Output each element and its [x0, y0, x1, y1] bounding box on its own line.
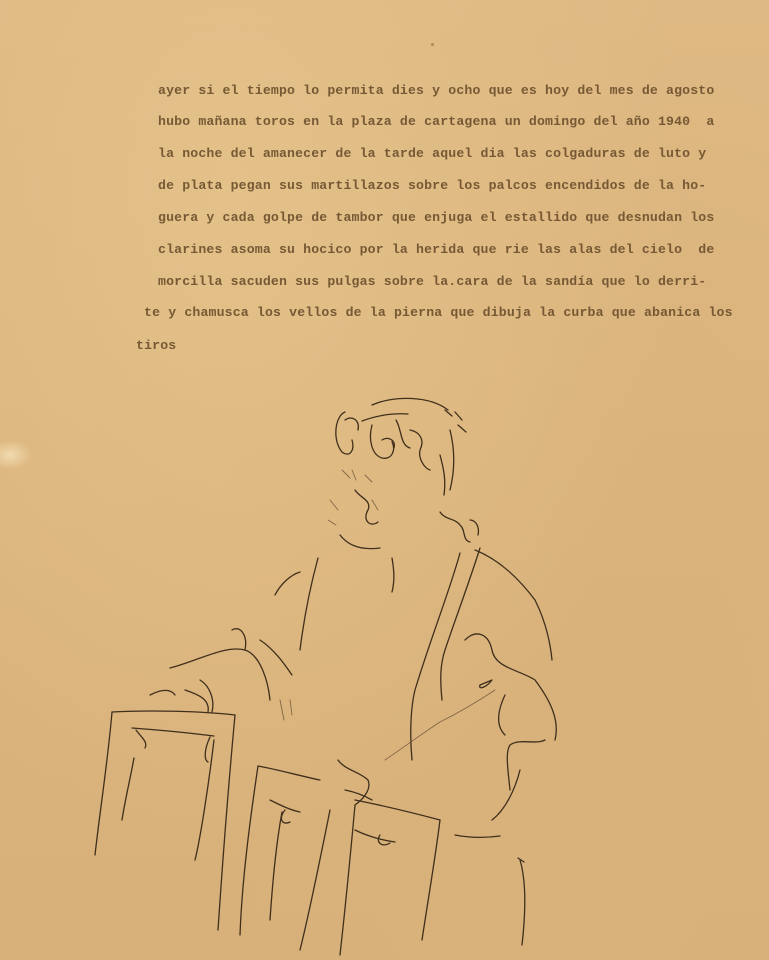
- sketch-chair-right: [240, 766, 525, 955]
- sketch-arms: [150, 629, 372, 805]
- sketch-chair-left: [95, 711, 235, 930]
- ink-sketch-illustration: [0, 0, 769, 960]
- manuscript-page: ayer si el tiempo lo permita dies y ocho…: [0, 0, 769, 960]
- sketch-head: [328, 398, 478, 592]
